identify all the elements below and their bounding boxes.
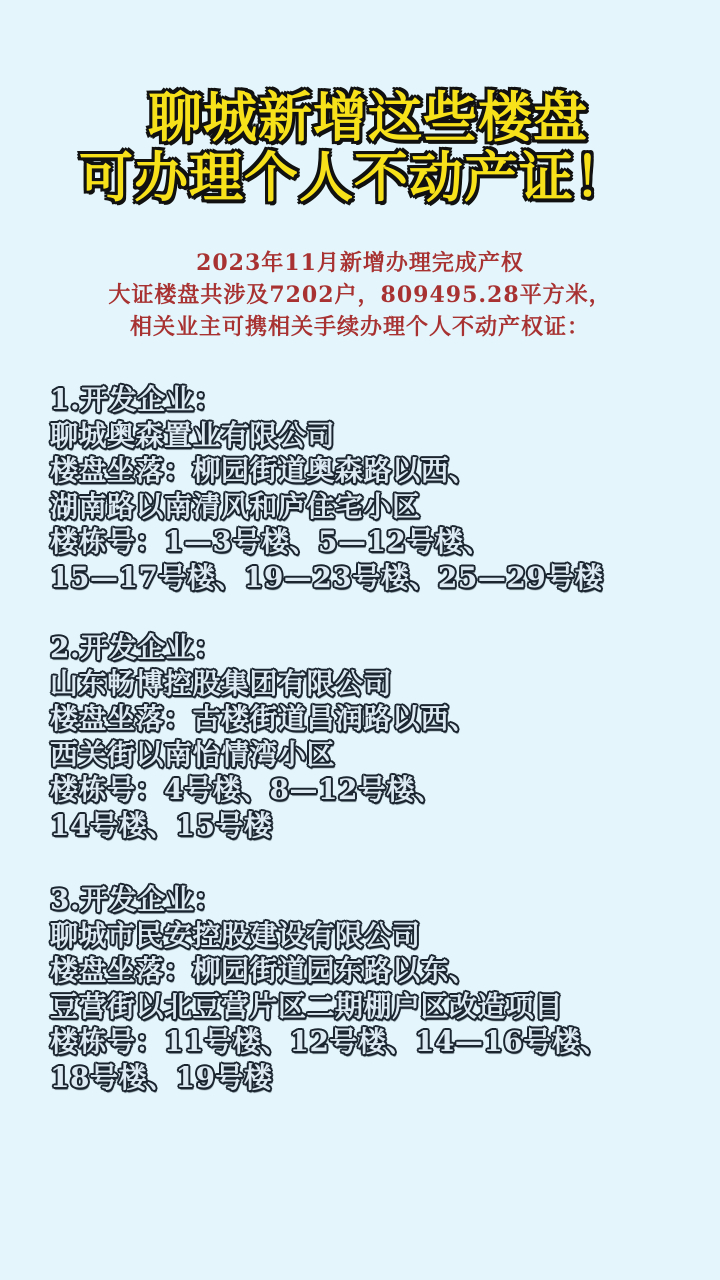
title-line-2: 可办理个人不动产证！ (0, 148, 720, 208)
location-line-2: 湖南路以南清风和庐住宅小区 (50, 489, 710, 525)
section-heading: 1.开发企业： (50, 382, 710, 418)
buildings-line-1: 楼栋号：4号楼、8—12号楼、 (50, 772, 710, 808)
buildings-line-1: 楼栋号：11号楼、12号楼、14—16号楼、 (50, 1024, 710, 1060)
location-line-1: 楼盘坐落：柳园街道园东路以东、 (50, 953, 710, 989)
developer-section-2: 2.开发企业： 山东畅博控股集团有限公司 楼盘坐落：古楼街道昌润路以西、 西关街… (50, 630, 710, 843)
location-line-1: 楼盘坐落：古楼街道昌润路以西、 (50, 701, 710, 737)
location-line-2: 豆营街以北豆营片区二期棚户区改造项目 (50, 989, 710, 1025)
company-name: 山东畅博控股集团有限公司 (50, 666, 710, 702)
developer-section-3: 3.开发企业： 聊城市民安控股建设有限公司 楼盘坐落：柳园街道园东路以东、 豆营… (50, 882, 710, 1095)
intro-paragraph: 2023年11月新增办理完成产权 大证楼盘共涉及7202户，809495.28平… (0, 247, 720, 343)
section-heading: 2.开发企业： (50, 630, 710, 666)
company-name: 聊城市民安控股建设有限公司 (50, 918, 710, 954)
location-line-1: 楼盘坐落：柳园街道奥森路以西、 (50, 453, 710, 489)
buildings-line-1: 楼栋号：1—3号楼、5—12号楼、 (50, 524, 710, 560)
section-heading: 3.开发企业： (50, 882, 710, 918)
title-line-1: 聊城新增这些楼盘 (16, 88, 720, 148)
location-line-2: 西关街以南怡情湾小区 (50, 737, 710, 773)
company-name: 聊城奥森置业有限公司 (50, 418, 710, 454)
buildings-line-2: 15—17号楼、19—23号楼、25—29号楼 (50, 560, 710, 596)
buildings-line-2: 14号楼、15号楼 (50, 808, 710, 844)
page-title: 聊城新增这些楼盘 可办理个人不动产证！ (0, 88, 720, 208)
intro-line-2: 大证楼盘共涉及7202户，809495.28平方米， (0, 279, 720, 311)
intro-line-3: 相关业主可携相关手续办理个人不动产权证： (0, 311, 720, 343)
intro-line-1: 2023年11月新增办理完成产权 (0, 247, 720, 279)
buildings-line-2: 18号楼、19号楼 (50, 1060, 710, 1096)
developer-section-1: 1.开发企业： 聊城奥森置业有限公司 楼盘坐落：柳园街道奥森路以西、 湖南路以南… (50, 382, 710, 595)
